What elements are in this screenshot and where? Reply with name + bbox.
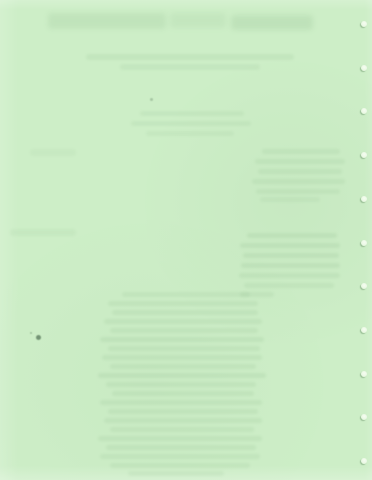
ghost-right-block-upper-line: [262, 149, 340, 154]
binder-hole: [361, 327, 367, 333]
binder-hole: [361, 240, 367, 246]
ghost-bottom-paragraph-line: [104, 418, 262, 423]
tick-speck: [30, 332, 32, 334]
ghost-center-heading-line: [140, 111, 244, 116]
ghost-bottom-paragraph-line: [108, 409, 258, 414]
ghost-bottom-paragraph-line: [110, 328, 258, 333]
ghost-left-smudges-line: [10, 229, 76, 236]
ghost-right-block-upper-line: [258, 169, 342, 174]
ghost-left-smudges-line: [30, 149, 76, 156]
ghost-right-block-lower-line: [241, 263, 340, 268]
ghost-center-heading-line: [131, 121, 251, 126]
binder-hole: [361, 108, 367, 114]
quote-speck: [150, 98, 153, 101]
binder-hole: [361, 152, 367, 158]
ghost-bottom-paragraph-line: [106, 445, 256, 450]
ghost-bottom-paragraph-line: [122, 292, 250, 297]
scanned-page: [0, 0, 372, 480]
ghost-subtitle-line: [120, 64, 260, 70]
ghost-subtitle-line: [86, 54, 294, 60]
ghost-bottom-paragraph-line: [100, 337, 264, 342]
binder-hole: [361, 283, 367, 289]
ghost-right-block-lower-line: [239, 273, 340, 278]
ghost-bottom-paragraph-line: [98, 373, 266, 378]
ghost-right-block-lower-line: [247, 233, 337, 238]
ghost-right-block-upper-line: [256, 189, 340, 194]
ghost-bottom-paragraph-line: [110, 427, 254, 432]
ghost-title-line: [48, 13, 166, 29]
ghost-bottom-paragraph-line: [112, 310, 258, 315]
binder-hole: [361, 458, 367, 464]
binder-hole: [361, 65, 367, 71]
ghost-right-block-lower-line: [240, 243, 340, 248]
ghost-title-line: [231, 15, 313, 30]
ghost-right-block-upper-line: [260, 197, 320, 202]
ghost-bottom-paragraph-line: [100, 454, 260, 459]
ghost-bottom-paragraph-line: [112, 391, 254, 396]
ghost-title-line: [170, 13, 226, 28]
ghost-bottom-paragraph-line: [100, 400, 262, 405]
ghost-bottom-paragraph-line: [128, 471, 224, 476]
binder-hole: [361, 21, 367, 27]
ghost-bottom-paragraph-line: [106, 382, 256, 387]
ghost-bottom-paragraph-line: [108, 346, 260, 351]
binder-hole: [361, 414, 367, 420]
ghost-bottom-paragraph-line: [110, 463, 250, 468]
ghost-bottom-paragraph-line: [108, 301, 258, 306]
ghost-right-block-lower-line: [244, 283, 334, 288]
asterisk-speck: [36, 335, 41, 340]
binder-hole: [361, 371, 367, 377]
ghost-bottom-paragraph-line: [102, 355, 262, 360]
ghost-center-heading-line: [146, 131, 234, 136]
ghost-right-block-upper-line: [252, 179, 345, 184]
ghost-right-block-lower-line: [243, 253, 339, 258]
ghost-right-block-upper-line: [255, 159, 345, 164]
ghost-bottom-paragraph-line: [98, 436, 262, 441]
ghost-bottom-paragraph-line: [104, 319, 262, 324]
ghost-bottom-paragraph-line: [110, 364, 256, 369]
binder-hole: [361, 196, 367, 202]
